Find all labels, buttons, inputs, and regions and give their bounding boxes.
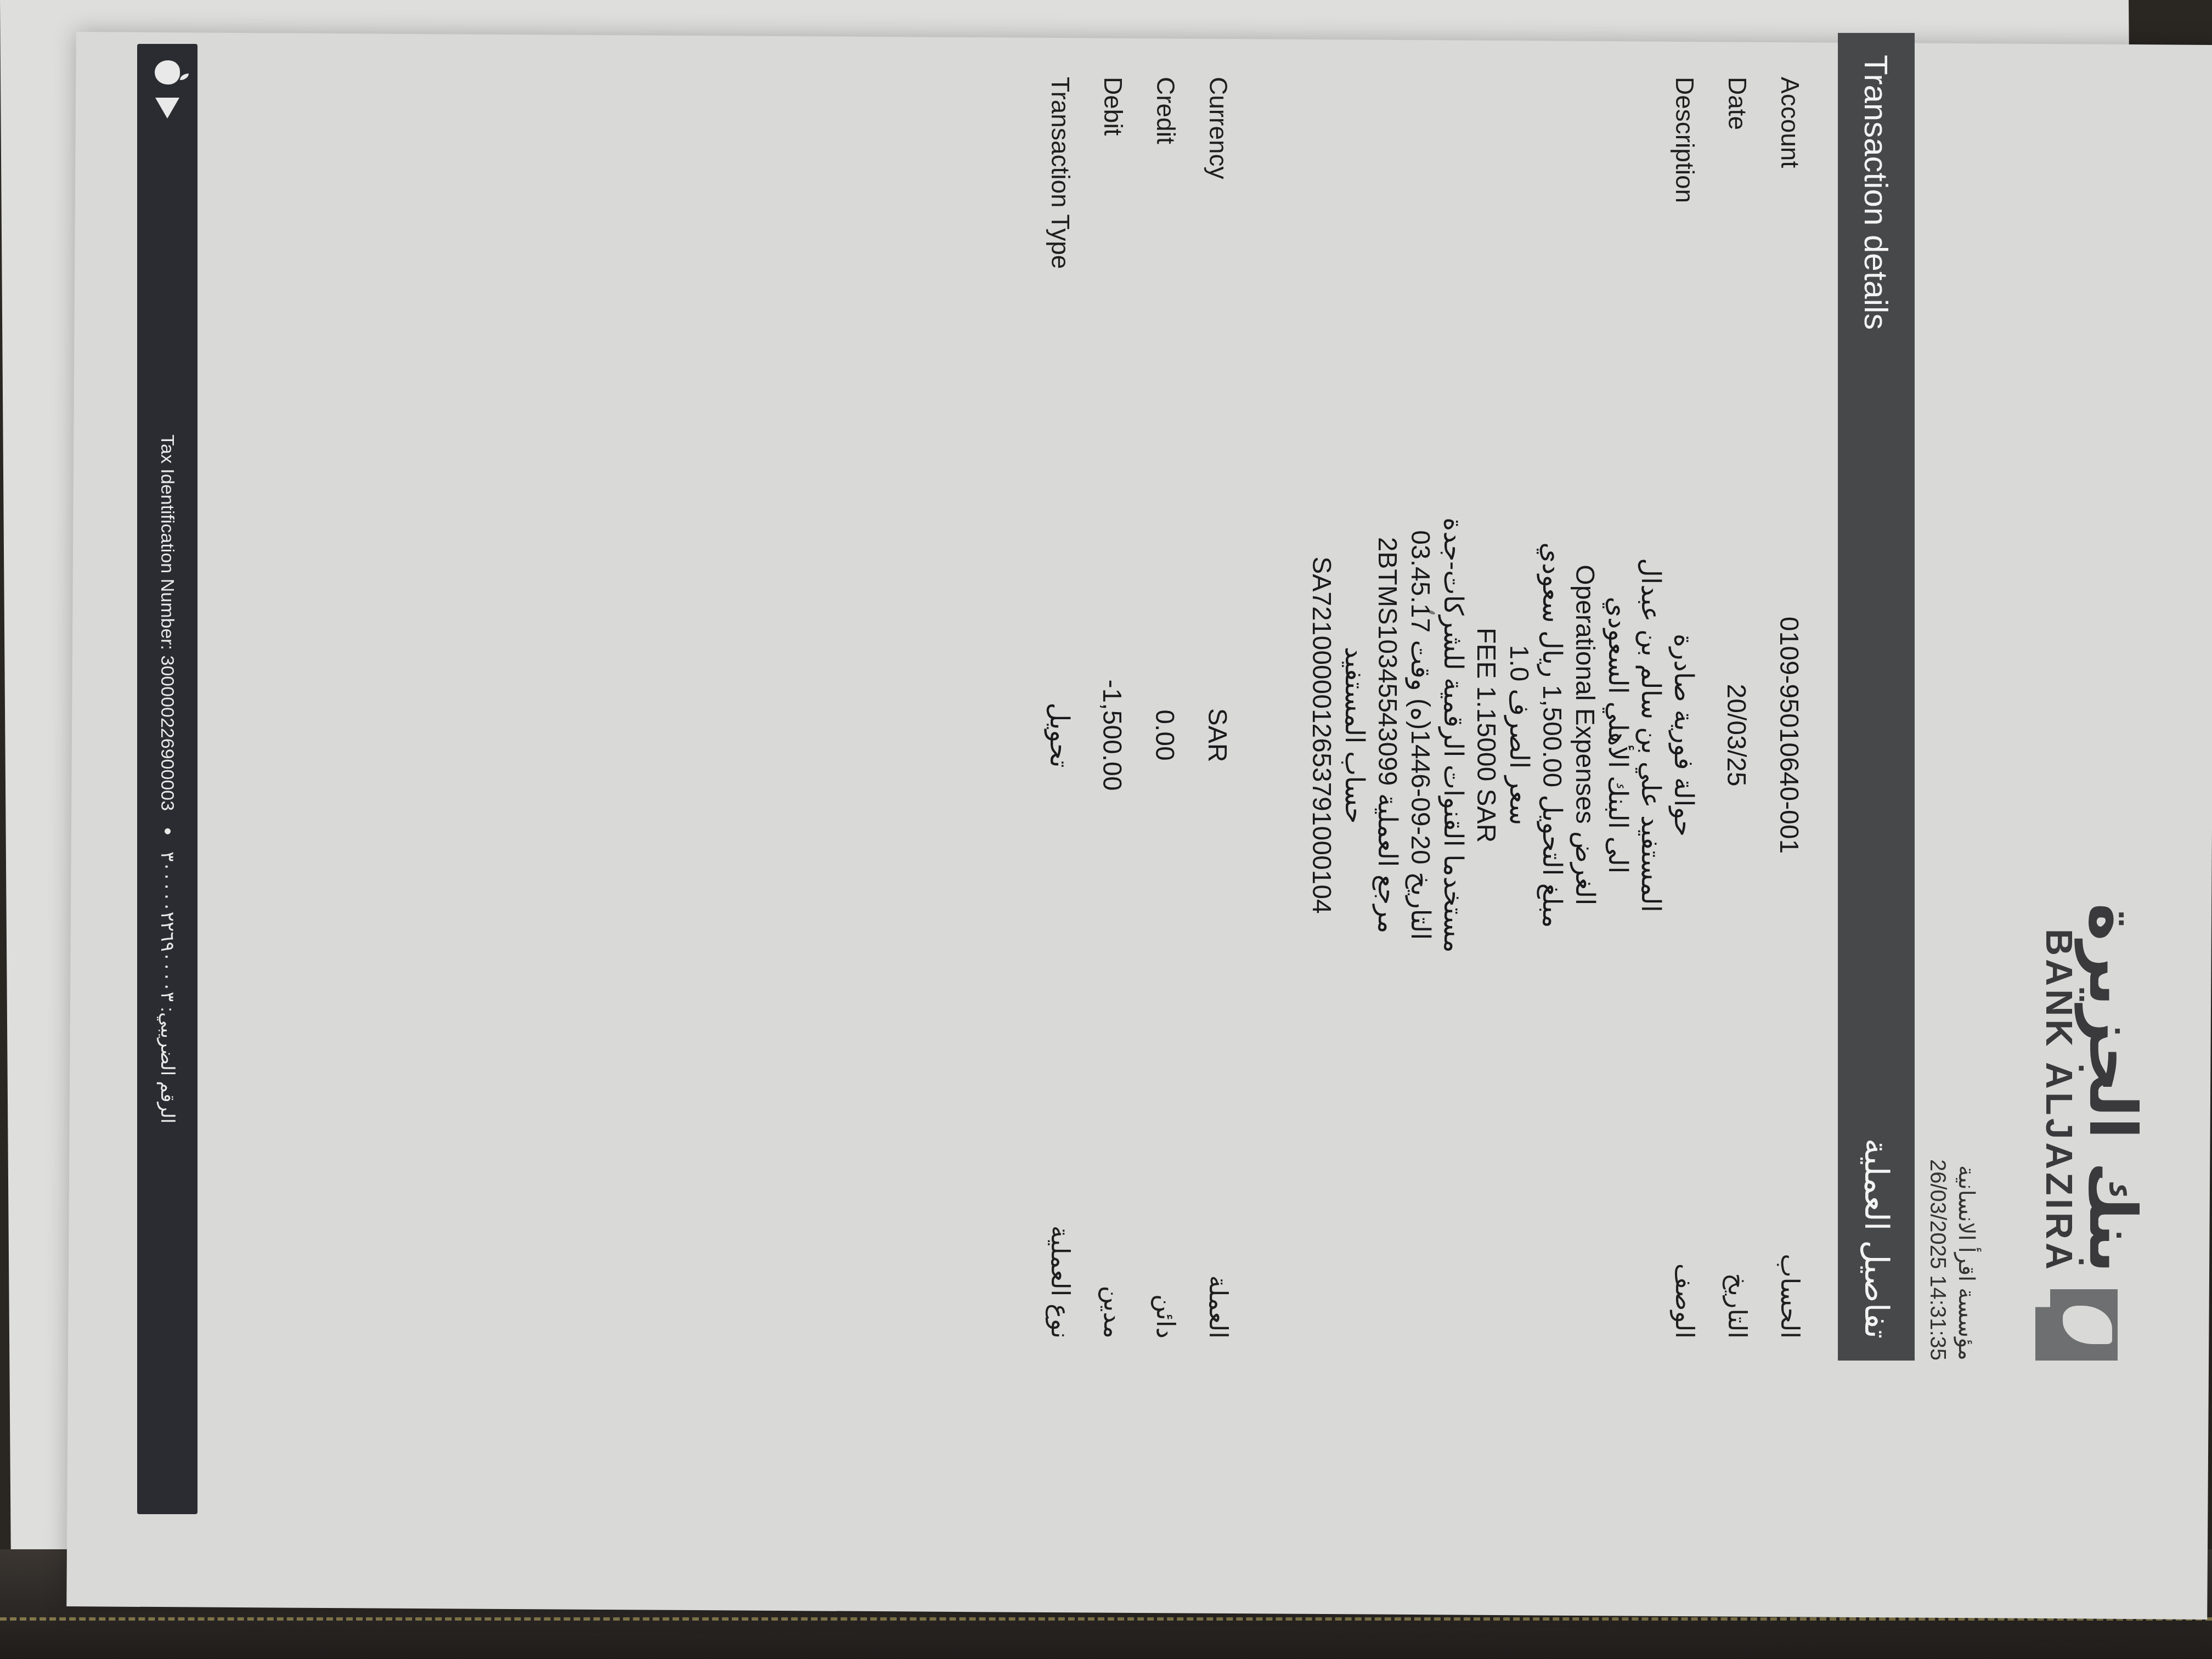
stitching [0,1617,2212,1621]
bank-logo: بنك الجزيرة BANK ALJAZIRA [1970,592,2145,1361]
customer-name: مؤسسة اقرأ الانسانية [1952,1159,1980,1361]
value-account: 0109-95010640-001 [1772,461,1805,1009]
bank-logo-mark-icon [2035,1289,2118,1361]
title-english: Transaction details [1858,55,1895,330]
label-currency-ar: العملة [1204,1009,1233,1339]
value-currency: SAR [1200,461,1233,1009]
label-credit-ar: دائن [1151,1009,1181,1339]
label-date-ar: التاريخ [1723,1009,1752,1339]
tax-id-english: Tax Identification Number: 3000002269000… [157,435,178,811]
bank-name-english: BANK ALJAZIRA [2038,903,2080,1273]
row-transaction-type: Transaction Type تحويل نوع العملية [1023,77,1075,1339]
separator-dot: • [155,827,180,835]
description-line: مستخدما القنوات الرقمية للشركات-جدة [1436,461,1469,1009]
value-description: حوالة فورية صادرة المستفيد علي بن سالم ب… [1305,461,1700,1009]
description-line: حساب المستفيد [1338,461,1370,1009]
tax-footer-bar: Tax Identification Number: 3000002269000… [137,44,198,1514]
description-line: التاريخ 20-09-1446(ه) وقت 03.45.17 [1403,461,1436,1009]
row-description: Description حوالة فورية صادرة المستفيد ع… [1305,77,1700,1339]
label-date: Date [1723,77,1752,461]
title-arabic: تفاصيل العملية [1857,1138,1895,1339]
label-transaction-type-ar: نوع العملية [1046,1009,1075,1339]
label-description: Description [1670,77,1700,461]
label-account: Account [1775,77,1805,461]
label-transaction-type: Transaction Type [1046,77,1075,461]
transaction-details-header: Transaction details تفاصيل العملية [1838,33,1915,1361]
row-currency: Currency SAR العملة [1181,77,1233,1339]
row-date: Date 20/03/25 التاريخ [1700,77,1752,1339]
google-play-icon [155,98,179,119]
details-table: Account 0109-95010640-001 الحساب Date 20… [1023,77,1805,1339]
value-credit: 0.00 [1148,461,1181,1009]
value-debit: -1,500.00 [1095,461,1128,1009]
label-debit: Debit [1098,77,1128,461]
value-transaction-type: تحويل [1042,461,1075,1009]
row-credit: Credit 0.00 دائن [1128,77,1181,1339]
label-description-ar: الوصف [1670,1009,1700,1339]
value-date: 20/03/25 [1719,461,1752,1009]
description-line: الغرض Operational Expenses [1568,461,1601,1009]
bank-name-arabic: بنك الجزيرة [2080,903,2145,1273]
tax-id-arabic: الرقم الضريبي: ٣٠٠٠٠٠٢٢٦٩٠٠٠٠٣ [156,851,178,1124]
description-line: حوالة فورية صادرة [1667,461,1700,1009]
label-account-ar: الحساب [1775,1009,1805,1339]
description-line: FEE 1.15000 SAR [1469,461,1502,1009]
description-line: مرجع العملية 2BTMS10345543099 [1370,461,1403,1009]
header-meta: مؤسسة اقرأ الانسانية 26/03/2025 14:31:35 [1923,1159,1980,1361]
printed-timestamp: 26/03/2025 14:31:35 [1923,1159,1952,1361]
description-line: المستفيد علي بن سالم بن عبدال [1634,461,1667,1009]
description-line: SA7210000012653791000104 [1305,461,1338,1009]
label-currency: Currency [1204,77,1233,461]
row-debit: Debit -1,500.00 مدين [1075,77,1128,1339]
receipt-page: بنك الجزيرة BANK ALJAZIRA مؤسسة اقرأ الا… [104,11,2145,1547]
label-credit: Credit [1151,77,1181,461]
description-line: الى البنك الأهلي السعودي [1601,461,1634,1009]
row-account: Account 0109-95010640-001 الحساب [1752,77,1805,1339]
app-store-icons [155,60,180,119]
label-debit-ar: مدين [1098,1009,1128,1339]
description-line: سعر الصرف 1.0 [1502,461,1535,1009]
apple-icon [155,60,180,84]
description-line: مبلغ التحويل 1,500.00 ريال سعودي [1535,461,1568,1009]
